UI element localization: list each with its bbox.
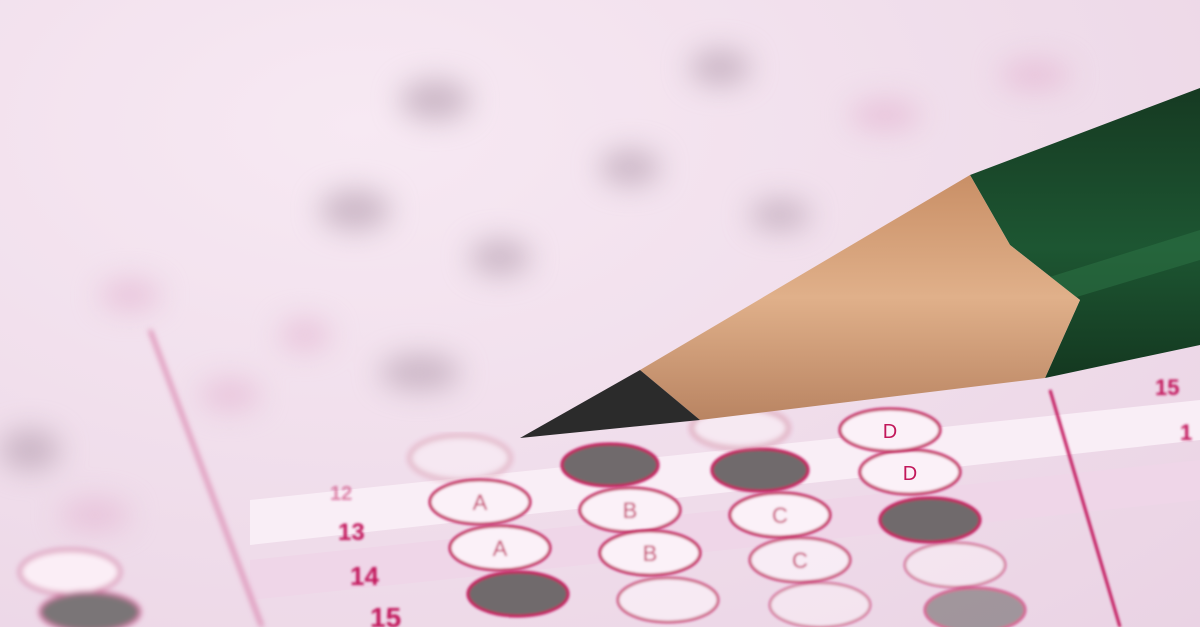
photo-scene: 12 13 14 15 15 1 D D A B C [0,0,1200,627]
pencil [0,0,1200,627]
